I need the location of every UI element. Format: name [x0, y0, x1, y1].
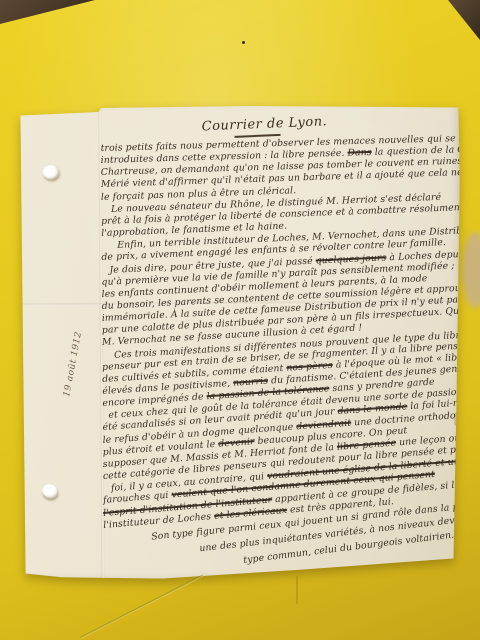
struck-text: Dans: [347, 147, 371, 159]
title-underline: [235, 134, 281, 137]
paper-bump-top: [43, 165, 59, 179]
paper-bump-bottom: [41, 483, 60, 501]
vertical-date-annotation: 19 août 1912: [60, 319, 86, 409]
manuscript-sheet: Courrier de Lyon. 19 août 1912 trois pet…: [18, 104, 464, 583]
manuscript-text-block: trois petits faits nous permettent d'obs…: [101, 140, 466, 581]
dust-speck: [242, 41, 245, 44]
manuscript-title: Courrier de Lyon.: [194, 114, 335, 135]
folder-crease-shadow: [296, 576, 298, 604]
